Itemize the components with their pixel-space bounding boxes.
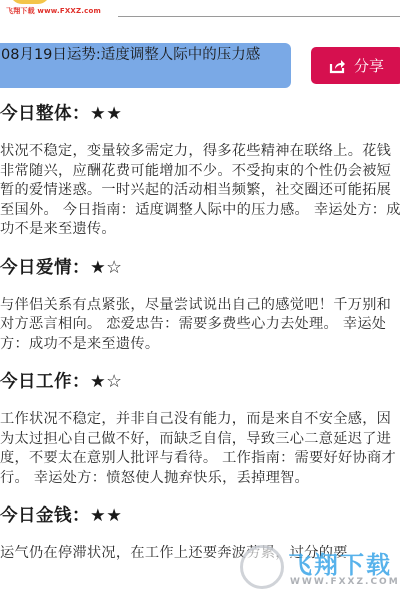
section-title: 今日工作：★☆ — [0, 368, 400, 396]
watermark-logo: 飞翔下载 WWW.FXXZ.COM — [240, 543, 400, 595]
site-logo — [10, 0, 50, 4]
watermark-big-text: 飞翔下载 — [288, 545, 392, 580]
share-icon — [329, 58, 345, 74]
watermark-text: 飞翔下载 www.FXXZ.com — [6, 6, 101, 16]
section-body: 工作状况不稳定，并非自己没有能力，而是来自不安全感，因为太过担心自己做不好，而缺… — [0, 410, 400, 488]
header: 08月19日运势:适度调整人际中的压力感 分享 — [0, 43, 400, 89]
share-label: 分享 — [354, 55, 384, 76]
section-title: 今日金钱：★★ — [0, 502, 400, 530]
section-overall: 今日整体：★★ 状况不稳定，变量较多需定力，得多花些精神在联络上。花钱非常随兴，… — [0, 100, 400, 240]
top-banner: 飞翔下载 www.FXXZ.com — [0, 0, 400, 20]
divider — [118, 16, 400, 17]
page-title: 08月19日运势:适度调整人际中的压力感 — [0, 43, 291, 88]
section-title: 今日整体：★★ — [0, 100, 400, 128]
section-body: 与伴侣关系有点紧张，尽量尝试说出自己的感觉吧！千万别和对方恶言相向。 恋爱忠告：… — [0, 296, 400, 355]
section-love: 今日爱情：★☆ 与伴侣关系有点紧张，尽量尝试说出自己的感觉吧！千万别和对方恶言相… — [0, 254, 400, 355]
section-title: 今日爱情：★☆ — [0, 254, 400, 282]
watermark-logo-icon — [240, 545, 284, 589]
horoscope-content: 今日整体：★★ 状况不稳定，变量较多需定力，得多花些精神在联络上。花钱非常随兴，… — [0, 100, 400, 578]
watermark-small-text: WWW.FXXZ.COM — [290, 577, 400, 587]
share-button[interactable]: 分享 — [311, 47, 400, 84]
section-body: 状况不稳定，变量较多需定力，得多花些精神在联络上。花钱非常随兴，应酬花费可能增加… — [0, 142, 400, 240]
section-work: 今日工作：★☆ 工作状况不稳定，并非自己没有能力，而是来自不安全感，因为太过担心… — [0, 368, 400, 488]
